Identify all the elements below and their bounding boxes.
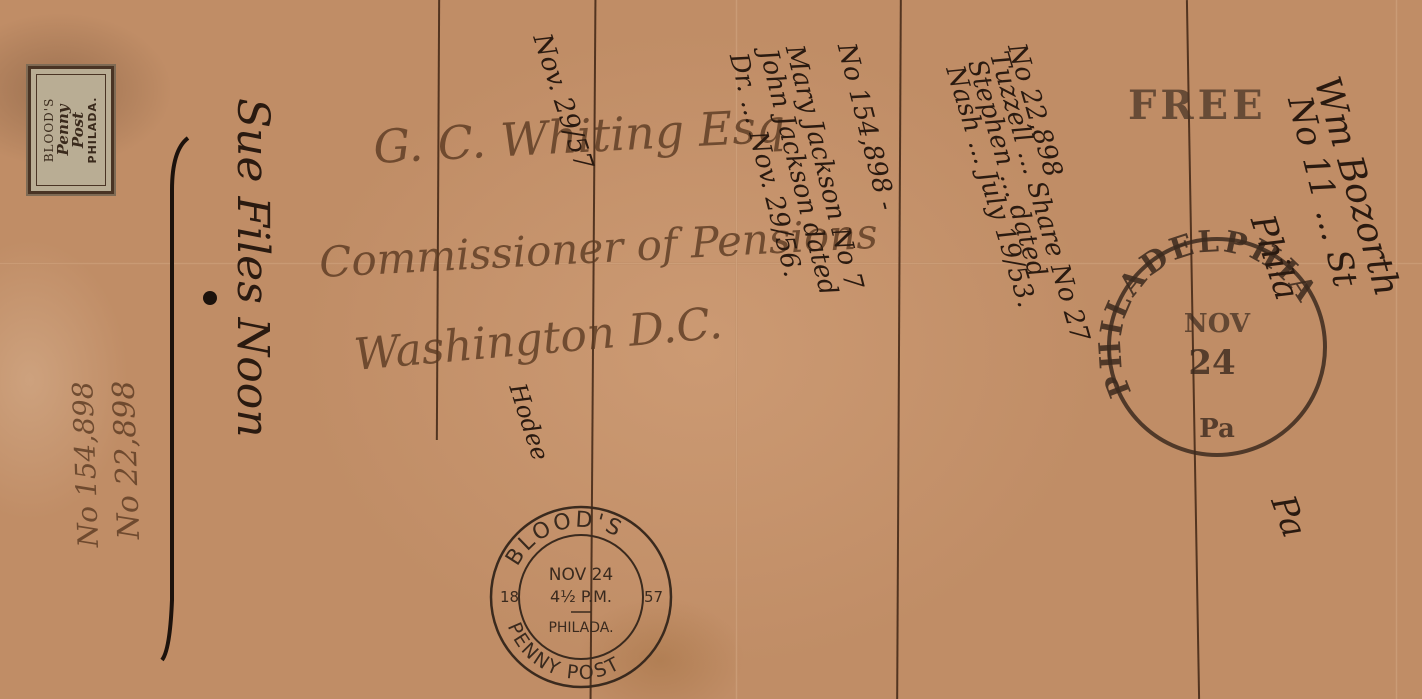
left-number-2: No 154,898 [66, 381, 105, 548]
ruled-line [896, 0, 901, 699]
bloods-time: 4½ P.M. [550, 587, 612, 606]
signature: Sue Files Noon [227, 98, 278, 438]
bloods-year-right: 57 [644, 588, 663, 606]
bracket-stroke [160, 130, 200, 670]
philadelphia-postmark: PHILADELPHIA NOV 24 Pa [1092, 222, 1342, 472]
bloods-penny-post-stamp: BLOOD'S Penny Post PHILADA. [28, 66, 114, 194]
left-number-1: No 22,898 [106, 380, 147, 540]
ruled-line [436, 0, 440, 440]
free-handstamp: FREE [1128, 82, 1267, 129]
svg-text:BLOOD'S: BLOOD'S [501, 508, 627, 571]
bloods-year-left: 18 [500, 588, 519, 606]
bloods-top-arc: BLOOD'S [501, 508, 627, 571]
vertical-fold-right [1395, 0, 1398, 699]
bloods-postmark: BLOOD'S PENNY POST 18 57 NOV 24 4½ P.M. … [486, 502, 676, 692]
bloods-date: NOV 24 [549, 565, 613, 585]
postmark-day: 24 [1188, 343, 1235, 383]
stamp-line-3: PHILADA. [87, 97, 99, 164]
postal-cover: BLOOD'S Penny Post PHILADA. FREE PHILADE… [0, 0, 1422, 699]
postmark-state: Pa [1199, 414, 1235, 444]
recipient-line-3: Washington D.C. [352, 298, 724, 381]
stamp-line-2: Penny Post [56, 97, 88, 164]
address-line-4: Pa [1262, 490, 1314, 543]
bloods-city: PHILADA. [548, 620, 613, 636]
postmark-month: NOV [1184, 309, 1251, 339]
docket-col3-line2: Hodee [503, 380, 554, 464]
